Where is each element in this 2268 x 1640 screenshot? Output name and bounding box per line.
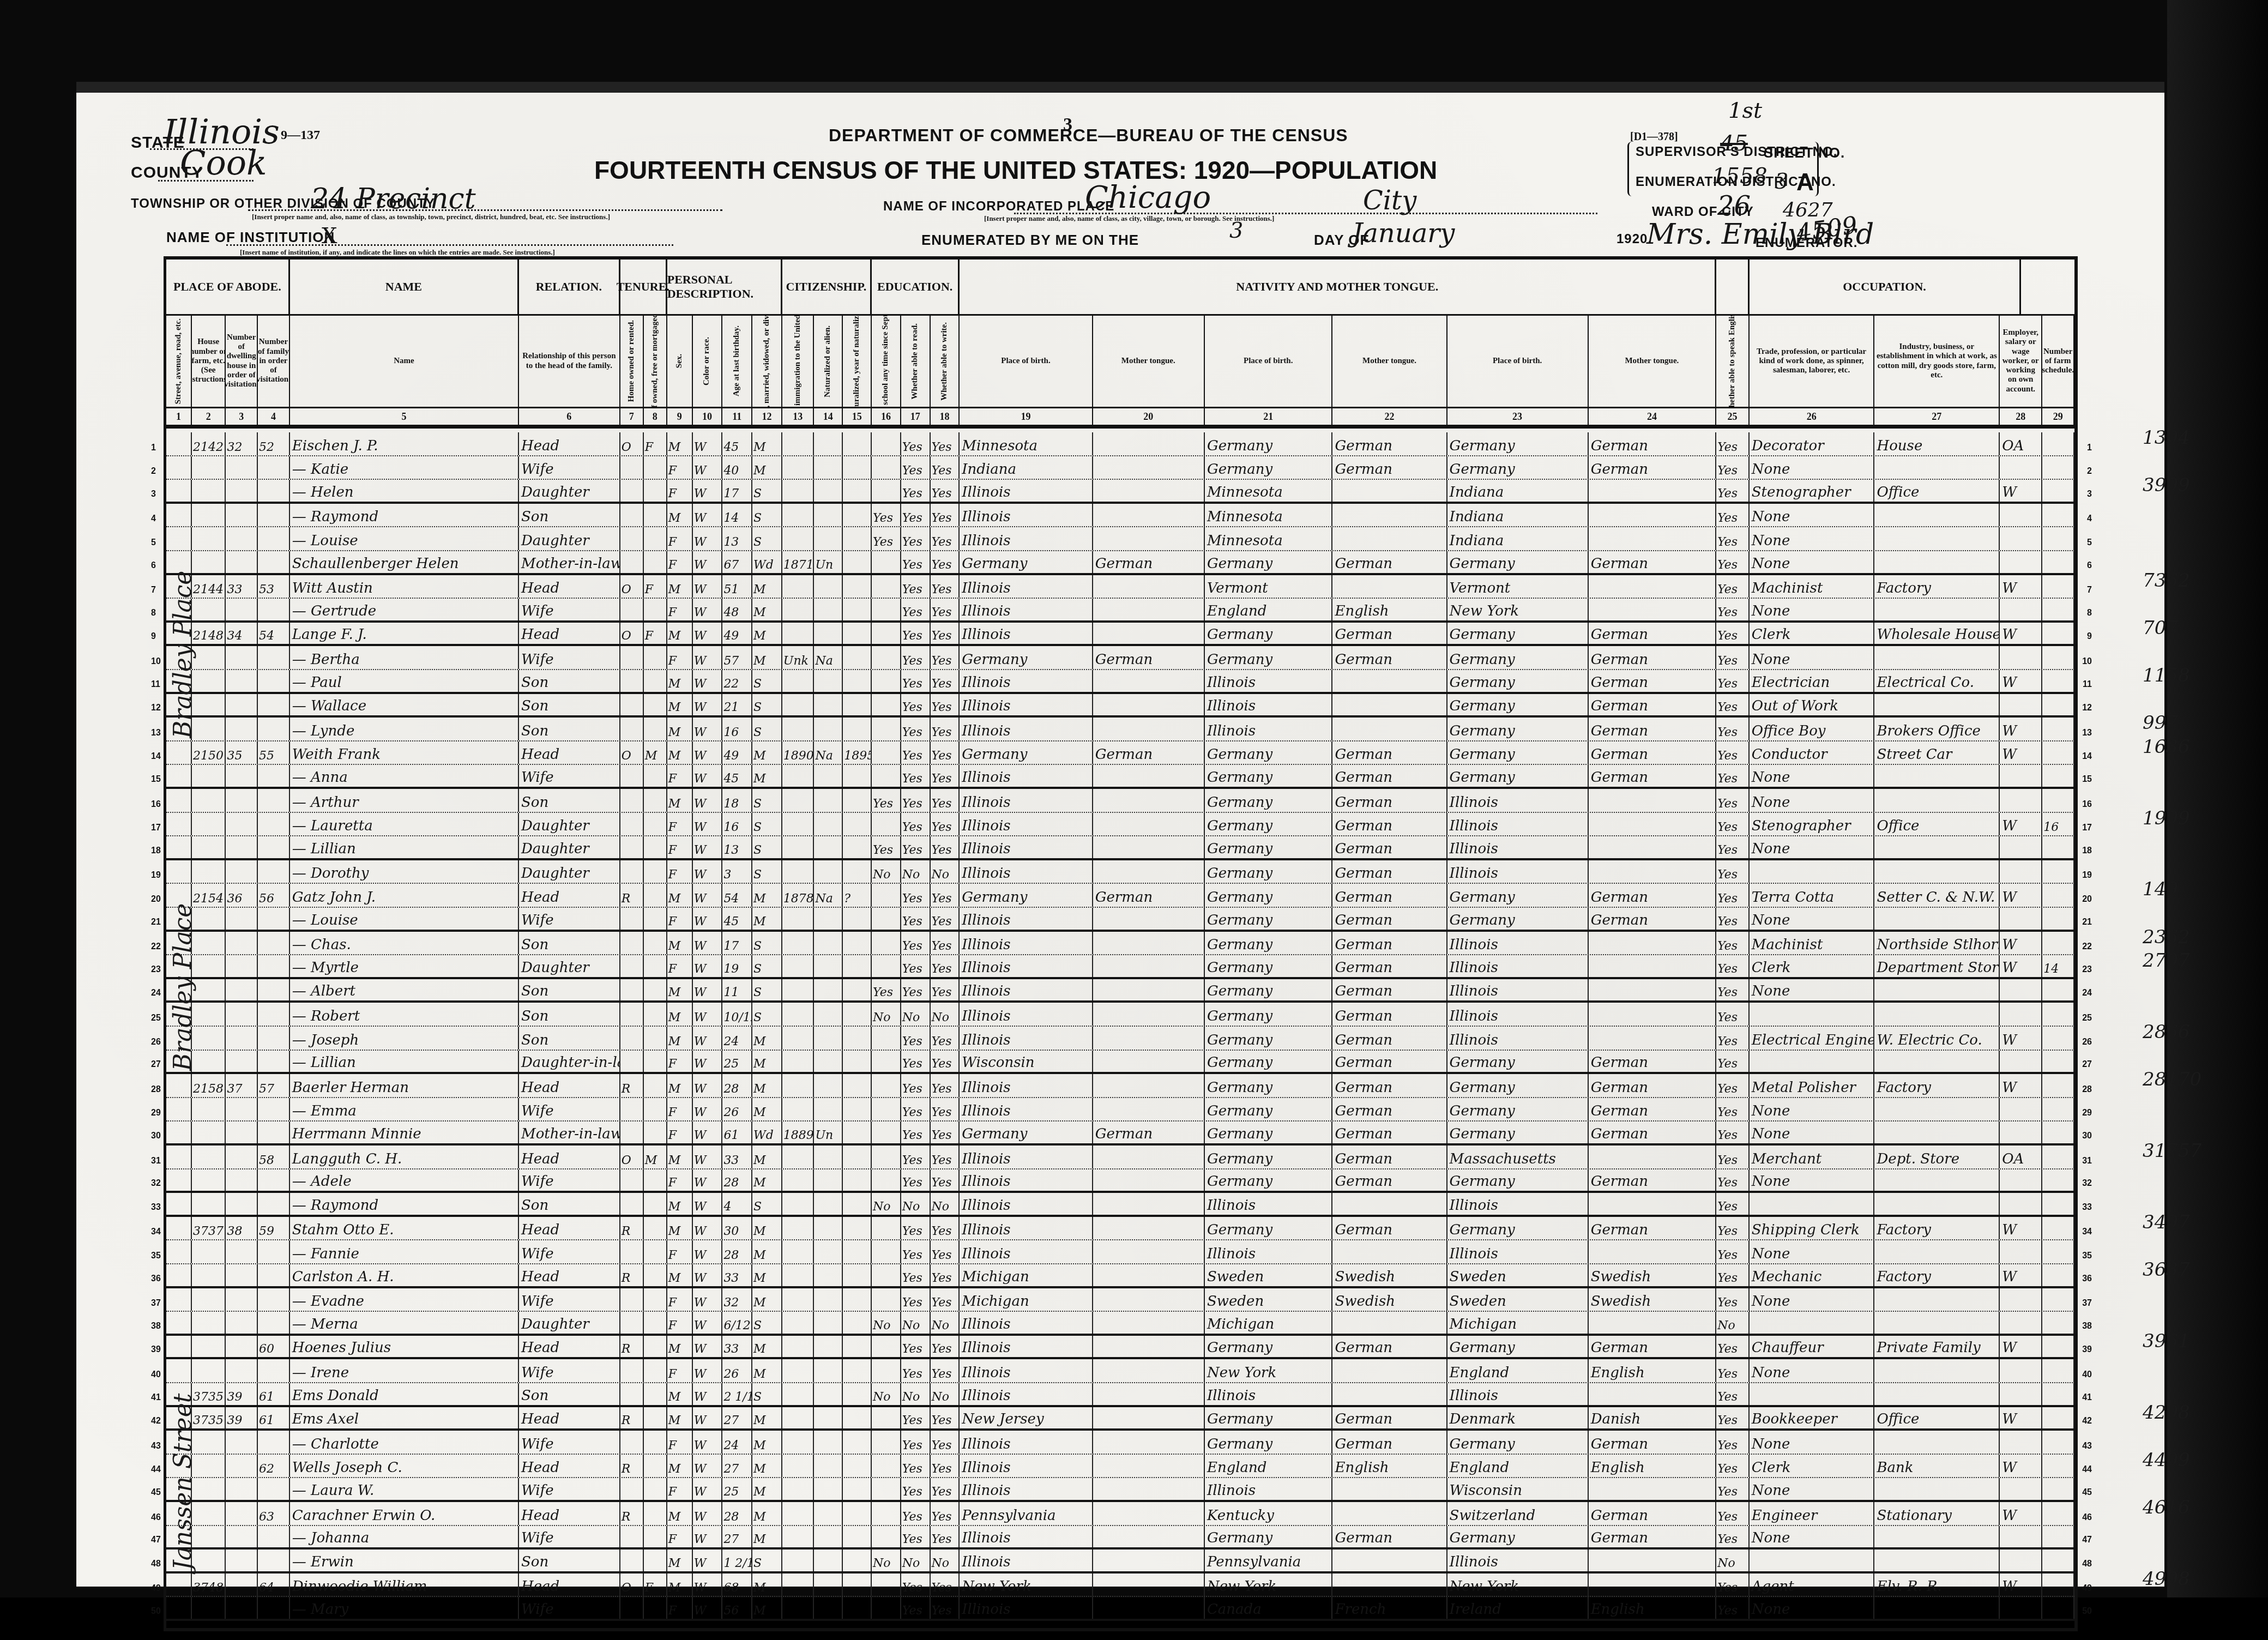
- table-row: 88— GertrudeWifeFW48MYesYesIllinoisEngla…: [166, 599, 2074, 623]
- cell-house: 2154: [192, 884, 226, 907]
- line-number: 1: [151, 443, 156, 453]
- page-number: 3: [1063, 114, 1072, 135]
- cell-race: W: [693, 741, 723, 764]
- cell-read: Yes: [901, 717, 931, 740]
- cell-school: Yes: [872, 504, 901, 527]
- cell-mortgage: [644, 670, 667, 692]
- cell-natyear: [843, 551, 872, 573]
- cell-mbirth: Germany: [1447, 1431, 1589, 1454]
- cell-mbirth: Illinois: [1447, 1027, 1589, 1050]
- cell-read: Yes: [901, 1051, 931, 1072]
- cell-mtongue: [1589, 1145, 1717, 1168]
- cell-class: W: [2000, 575, 2042, 598]
- incorporated-place-class: City: [1363, 185, 1416, 216]
- cell-school: [872, 432, 901, 455]
- cell-mortgage: [644, 765, 667, 787]
- cell-race: W: [693, 1407, 723, 1429]
- cell-class: [2000, 1549, 2042, 1571]
- cell-write: No: [931, 1193, 960, 1215]
- cell-house: [192, 1027, 226, 1050]
- cell-relation: Wife: [519, 1288, 620, 1311]
- cell-english: No: [1716, 1312, 1750, 1334]
- cell-dwelling: [226, 860, 258, 883]
- cell-fbirth: Germany: [1205, 979, 1333, 1001]
- cell-fbirth: England: [1205, 599, 1333, 620]
- cell-tenure: [620, 1549, 644, 1571]
- cell-mbirth: Illinois: [1447, 1193, 1589, 1215]
- cell-write: Yes: [931, 480, 960, 502]
- line-number-right: 24: [2082, 988, 2092, 998]
- cell-class: W: [2000, 1502, 2042, 1525]
- cell-age: 17: [722, 480, 752, 502]
- cell-marital: M: [752, 1217, 782, 1240]
- cell-read: Yes: [901, 1455, 931, 1478]
- cell-class: W: [2000, 1455, 2042, 1478]
- cell-read: Yes: [901, 1027, 931, 1050]
- cell-sex: F: [667, 1240, 693, 1263]
- cell-age: 33: [722, 1145, 752, 1168]
- cell-race: W: [693, 1502, 723, 1525]
- cell-school: [872, 932, 901, 955]
- cell-tenure: [620, 599, 644, 620]
- cell-farm: [2042, 1455, 2074, 1478]
- cell-birth: Illinois: [960, 765, 1093, 787]
- column-number: 26: [1750, 407, 1875, 429]
- cell-fbirth: Germany: [1205, 1122, 1333, 1143]
- cell-dwelling: [226, 599, 258, 620]
- cell-immig: [782, 1455, 815, 1478]
- cell-race: W: [693, 1240, 723, 1263]
- cell-sex: F: [667, 1359, 693, 1382]
- cell-occupation: None: [1750, 979, 1875, 1001]
- cell-race: W: [693, 1145, 723, 1168]
- cell-mtongue: German: [1589, 1098, 1717, 1121]
- table-row: 3535— FannieWifeFW28MYesYesIllinoisIllin…: [166, 1240, 2074, 1264]
- cell-street: [166, 765, 192, 787]
- cell-marital: S: [752, 836, 782, 858]
- cell-age: 56: [722, 1597, 752, 1619]
- cell-ftongue: Swedish: [1332, 1264, 1447, 1286]
- cell-farm: [2042, 694, 2074, 716]
- cell-tongue: German: [1093, 884, 1205, 907]
- cell-dwelling: [226, 1264, 258, 1286]
- cell-school: [872, 1169, 901, 1191]
- cell-tenure: [620, 504, 644, 527]
- column-group-header: Place of Abode.: [166, 260, 290, 314]
- cell-age: 27: [722, 1526, 752, 1548]
- cell-name: Langguth C. H.: [290, 1145, 519, 1168]
- line-number-right: 26: [2082, 1038, 2092, 1047]
- column-number: 7: [620, 407, 644, 429]
- cell-industry: Factory: [1874, 1264, 2000, 1286]
- cell-immig: [782, 1240, 815, 1263]
- cell-occupation: [1750, 1383, 1875, 1405]
- cell-english: Yes: [1716, 551, 1750, 573]
- cell-english: Yes: [1716, 1027, 1750, 1050]
- cell-english: Yes: [1716, 1288, 1750, 1311]
- table-row: 1919— DorothyDaughterFW3SNoNoNoIllinoisG…: [166, 860, 2074, 884]
- cell-age: 33: [722, 1336, 752, 1358]
- cell-race: W: [693, 1383, 723, 1405]
- line-number-right: 9: [2087, 632, 2092, 642]
- cell-mtongue: [1589, 480, 1717, 502]
- cell-sex: F: [667, 955, 693, 977]
- cell-read: No: [901, 1549, 931, 1571]
- cell-sex: M: [667, 1383, 693, 1405]
- cell-tongue: [1093, 932, 1205, 955]
- cell-dwelling: [226, 979, 258, 1001]
- cell-marital: M: [752, 1051, 782, 1072]
- cell-relation: Son: [519, 1027, 620, 1050]
- cell-mtongue: English: [1589, 1455, 1717, 1478]
- cell-dwelling: [226, 1288, 258, 1311]
- cell-race: W: [693, 1027, 723, 1050]
- cell-class: [2000, 527, 2042, 550]
- cell-immig: [782, 480, 815, 502]
- cell-dwelling: [226, 717, 258, 740]
- cell-family: 61: [258, 1383, 290, 1405]
- cell-class: W: [2000, 1264, 2042, 1286]
- cell-mortgage: [644, 1027, 667, 1050]
- cell-house: [192, 836, 226, 858]
- cell-fbirth: Germany: [1205, 1431, 1333, 1454]
- cell-english: Yes: [1716, 741, 1750, 764]
- cell-read: Yes: [901, 1502, 931, 1525]
- column-header-label: Home owned or rented.: [627, 320, 636, 402]
- cell-write: No: [931, 1383, 960, 1405]
- cell-relation: Head: [519, 741, 620, 764]
- column-number: 6: [519, 407, 620, 429]
- column-header-label: Color or race.: [702, 337, 711, 385]
- cell-natyear: [843, 480, 872, 502]
- cell-school: [872, 1122, 901, 1143]
- margin-annotation: 1394: [2143, 427, 2190, 449]
- line-number: 14: [151, 752, 161, 762]
- cell-mortgage: [644, 1003, 667, 1026]
- cell-street: [166, 813, 192, 836]
- cell-tenure: [620, 1288, 644, 1311]
- cell-farm: [2042, 551, 2074, 573]
- cell-name: — Bertha: [290, 646, 519, 669]
- cell-mbirth: Indiana: [1447, 504, 1589, 527]
- line-number-right: 11: [2083, 680, 2092, 690]
- cell-occupation: None: [1750, 504, 1875, 527]
- column-number: 10: [693, 407, 723, 429]
- cell-dwelling: [226, 908, 258, 930]
- column-header-label: Mother tongue.: [1625, 357, 1679, 366]
- cell-tenure: [620, 860, 644, 883]
- sheet-number: 3: [1775, 169, 1788, 194]
- cell-fbirth: Germany: [1205, 789, 1333, 812]
- cell-tongue: [1093, 670, 1205, 692]
- cell-ftongue: English: [1332, 1455, 1447, 1478]
- cell-mbirth: Illinois: [1447, 789, 1589, 812]
- cell-fbirth: Illinois: [1205, 1383, 1333, 1405]
- cell-farm: [2042, 1502, 2074, 1525]
- cell-sex: F: [667, 551, 693, 573]
- cell-house: [192, 1549, 226, 1571]
- cell-industry: [1874, 1122, 2000, 1143]
- cell-read: Yes: [901, 1240, 931, 1263]
- cell-mbirth: Germany: [1447, 1336, 1589, 1358]
- cell-sex: F: [667, 1122, 693, 1143]
- cell-nat: [814, 1407, 843, 1429]
- line-number: 47: [151, 1535, 161, 1545]
- cell-mtongue: German: [1589, 623, 1717, 644]
- cell-school: [872, 456, 901, 479]
- cell-ftongue: German: [1332, 1526, 1447, 1548]
- cell-read: Yes: [901, 1431, 931, 1454]
- cell-mbirth: Sweden: [1447, 1264, 1589, 1286]
- cell-mtongue: [1589, 789, 1717, 812]
- cell-industry: W. Electric Co.: [1874, 1027, 2000, 1050]
- cell-family: [258, 1431, 290, 1454]
- cell-relation: Wife: [519, 908, 620, 930]
- cell-name: Schaullenberger Helen: [290, 551, 519, 573]
- line-number-right: 42: [2082, 1416, 2092, 1426]
- line-number: 50: [151, 1607, 161, 1617]
- cell-tongue: [1093, 1431, 1205, 1454]
- cell-family: [258, 1264, 290, 1286]
- column-header: Trade, profession, or particular kind of…: [1750, 314, 1875, 407]
- line-number-right: 13: [2082, 728, 2092, 738]
- line-number-right: 7: [2087, 586, 2092, 595]
- cell-relation: Wife: [519, 1478, 620, 1500]
- column-number: 28: [2000, 407, 2042, 429]
- cell-name: Witt Austin: [290, 575, 519, 598]
- cell-english: Yes: [1716, 623, 1750, 644]
- cell-birth: Michigan: [960, 1264, 1093, 1286]
- column-header: Place of birth.: [960, 314, 1093, 407]
- cell-sex: M: [667, 504, 693, 527]
- cell-class: [2000, 456, 2042, 479]
- cell-name: — Wallace: [290, 694, 519, 716]
- cell-fbirth: Germany: [1205, 1051, 1333, 1072]
- column-header: Employer, salary or wage worker, or work…: [2000, 314, 2042, 407]
- cell-house: [192, 1098, 226, 1121]
- column-number: 20: [1093, 407, 1205, 429]
- cell-mortgage: M: [644, 741, 667, 764]
- cell-race: W: [693, 1264, 723, 1286]
- cell-birth: Illinois: [960, 504, 1093, 527]
- cell-mbirth: Germany: [1447, 741, 1589, 764]
- cell-occupation: [1750, 1193, 1875, 1215]
- cell-industry: [1874, 1359, 2000, 1382]
- column-number: 22: [1332, 407, 1447, 429]
- cell-mtongue: [1589, 955, 1717, 977]
- cell-industry: [1874, 1098, 2000, 1121]
- cell-nat: [814, 1003, 843, 1026]
- cell-industry: Northside Stlhoring Co.: [1874, 932, 2000, 955]
- column-header-label: Year of immigration to the United States…: [793, 314, 803, 407]
- cell-mbirth: Illinois: [1447, 1240, 1589, 1263]
- cell-sex: M: [667, 1074, 693, 1097]
- cell-farm: [2042, 456, 2074, 479]
- cell-ftongue: [1332, 670, 1447, 692]
- cell-school: [872, 1526, 901, 1548]
- table-row: 2626— JosephSonMW24MYesYesIllinoisGerman…: [166, 1027, 2074, 1051]
- table-row: 5050— MaryWifeFW56MYesYesIllinoisCanadaF…: [166, 1597, 2074, 1621]
- column-group-header: Citizenship.: [782, 260, 872, 314]
- cell-read: Yes: [901, 932, 931, 955]
- cell-ftongue: [1332, 1312, 1447, 1334]
- column-header-label: Name: [394, 357, 414, 366]
- cell-farm: [2042, 432, 2074, 455]
- cell-family: 64: [258, 1573, 290, 1596]
- cell-mtongue: [1589, 1573, 1717, 1596]
- cell-name: — Charlotte: [290, 1431, 519, 1454]
- cell-school: [872, 1597, 901, 1619]
- cell-class: [2000, 908, 2042, 930]
- line-number: 19: [151, 871, 161, 881]
- cell-mortgage: M: [644, 1145, 667, 1168]
- cell-family: [258, 932, 290, 955]
- cell-mortgage: [644, 1240, 667, 1263]
- cell-write: Yes: [931, 1573, 960, 1596]
- cell-immig: [782, 1145, 815, 1168]
- cell-birth: Illinois: [960, 1169, 1093, 1191]
- cell-birth: Germany: [960, 646, 1093, 669]
- cell-family: [258, 1478, 290, 1500]
- cell-sex: M: [667, 1217, 693, 1240]
- cell-sex: M: [667, 1027, 693, 1050]
- cell-tongue: [1093, 860, 1205, 883]
- column-number: 23: [1447, 407, 1589, 429]
- table-row: 1313— LyndeSonMW16SYesYesIllinoisIllinoi…: [166, 717, 2074, 741]
- cell-street: [166, 789, 192, 812]
- column-group-header: Name: [290, 260, 519, 314]
- cell-mortgage: [644, 599, 667, 620]
- cell-english: Yes: [1716, 646, 1750, 669]
- cell-industry: [1874, 1193, 2000, 1215]
- cell-marital: M: [752, 1240, 782, 1263]
- cell-street: [166, 1074, 192, 1097]
- cell-tongue: [1093, 527, 1205, 550]
- cell-marital: S: [752, 1312, 782, 1334]
- cell-dwelling: [226, 504, 258, 527]
- cell-dwelling: 39: [226, 1383, 258, 1405]
- cell-race: W: [693, 1122, 723, 1143]
- cell-occupation: None: [1750, 1359, 1875, 1382]
- cell-mortgage: [644, 1122, 667, 1143]
- cell-mbirth: Germany: [1447, 1526, 1589, 1548]
- line-number-right: 23: [2082, 965, 2092, 975]
- cell-industry: Factory: [1874, 1074, 2000, 1097]
- cell-nat: [814, 908, 843, 930]
- cell-race: W: [693, 1312, 723, 1334]
- cell-write: Yes: [931, 717, 960, 740]
- cell-write: Yes: [931, 1240, 960, 1263]
- cell-natyear: [843, 623, 872, 644]
- cell-fbirth: Germany: [1205, 932, 1333, 955]
- cell-sex: F: [667, 1288, 693, 1311]
- cell-industry: Setter C. & N.W. Co.: [1874, 884, 2000, 907]
- cell-nat: [814, 1455, 843, 1478]
- cell-tongue: [1093, 1074, 1205, 1097]
- cell-nat: [814, 1098, 843, 1121]
- cell-tenure: [620, 765, 644, 787]
- cell-mortgage: [644, 1336, 667, 1358]
- cell-english: No: [1716, 1549, 1750, 1571]
- column-number: 24: [1589, 407, 1717, 429]
- cell-birth: Germany: [960, 551, 1093, 573]
- cell-name: Ems Axel: [290, 1407, 519, 1429]
- cell-tongue: German: [1093, 741, 1205, 764]
- cell-mortgage: [644, 836, 667, 858]
- cell-nat: [814, 527, 843, 550]
- cell-english: Yes: [1716, 1359, 1750, 1382]
- cell-farm: [2042, 1407, 2074, 1429]
- enumerated-label: ENUMERATED BY ME ON THE: [921, 232, 1139, 249]
- table-row: 2929— EmmaWifeFW26MYesYesIllinoisGermany…: [166, 1098, 2074, 1122]
- cell-natyear: [843, 646, 872, 669]
- cell-nat: [814, 717, 843, 740]
- cell-english: Yes: [1716, 694, 1750, 716]
- cell-write: Yes: [931, 1407, 960, 1429]
- cell-natyear: [843, 1169, 872, 1191]
- table-row: 4747— JohannaWifeFW27MYesYesIllinoisGerm…: [166, 1526, 2074, 1550]
- cell-age: 13: [722, 527, 752, 550]
- cell-house: [192, 1359, 226, 1382]
- cell-natyear: [843, 1264, 872, 1286]
- cell-immig: [782, 836, 815, 858]
- cell-mortgage: F: [644, 1573, 667, 1596]
- cell-tenure: [620, 646, 644, 669]
- cell-industry: [1874, 860, 2000, 883]
- line-number-right: 35: [2082, 1251, 2092, 1261]
- cell-ftongue: German: [1332, 1051, 1447, 1072]
- margin-annotation: 4298: [2143, 1402, 2190, 1424]
- cell-family: 61: [258, 1407, 290, 1429]
- cell-age: 24: [722, 1027, 752, 1050]
- cell-immig: [782, 623, 815, 644]
- cell-english: Yes: [1716, 1217, 1750, 1240]
- cell-nat: [814, 1051, 843, 1072]
- cell-farm: [2042, 884, 2074, 907]
- cell-occupation: [1750, 1051, 1875, 1072]
- cell-birth: Illinois: [960, 908, 1093, 930]
- cell-nat: Un: [814, 1122, 843, 1143]
- cell-mbirth: Michigan: [1447, 1312, 1589, 1334]
- cell-read: Yes: [901, 694, 931, 716]
- table-row: 444462Wells Joseph C.HeadRMW27MYesYesIll…: [166, 1455, 2074, 1479]
- cell-relation: Daughter: [519, 813, 620, 836]
- cell-race: W: [693, 1455, 723, 1478]
- cell-house: [192, 1240, 226, 1263]
- cell-name: — Gertrude: [290, 599, 519, 620]
- cell-race: W: [693, 1336, 723, 1358]
- cell-write: Yes: [931, 1169, 960, 1191]
- cell-natyear: [843, 765, 872, 787]
- cell-street: [166, 1336, 192, 1358]
- line-number: 44: [151, 1465, 161, 1475]
- cell-house: [192, 599, 226, 620]
- cell-read: Yes: [901, 741, 931, 764]
- cell-house: [192, 1193, 226, 1215]
- cell-nat: [814, 1502, 843, 1525]
- cell-write: Yes: [931, 884, 960, 907]
- column-number: 11: [722, 407, 752, 429]
- cell-dwelling: [226, 1145, 258, 1168]
- cell-race: W: [693, 456, 723, 479]
- cell-farm: [2042, 932, 2074, 955]
- cell-tenure: [620, 527, 644, 550]
- cell-birth: Illinois: [960, 1145, 1093, 1168]
- cell-dwelling: [226, 836, 258, 858]
- cell-mortgage: [644, 1526, 667, 1548]
- cell-marital: M: [752, 908, 782, 930]
- cell-birth: Illinois: [960, 813, 1093, 836]
